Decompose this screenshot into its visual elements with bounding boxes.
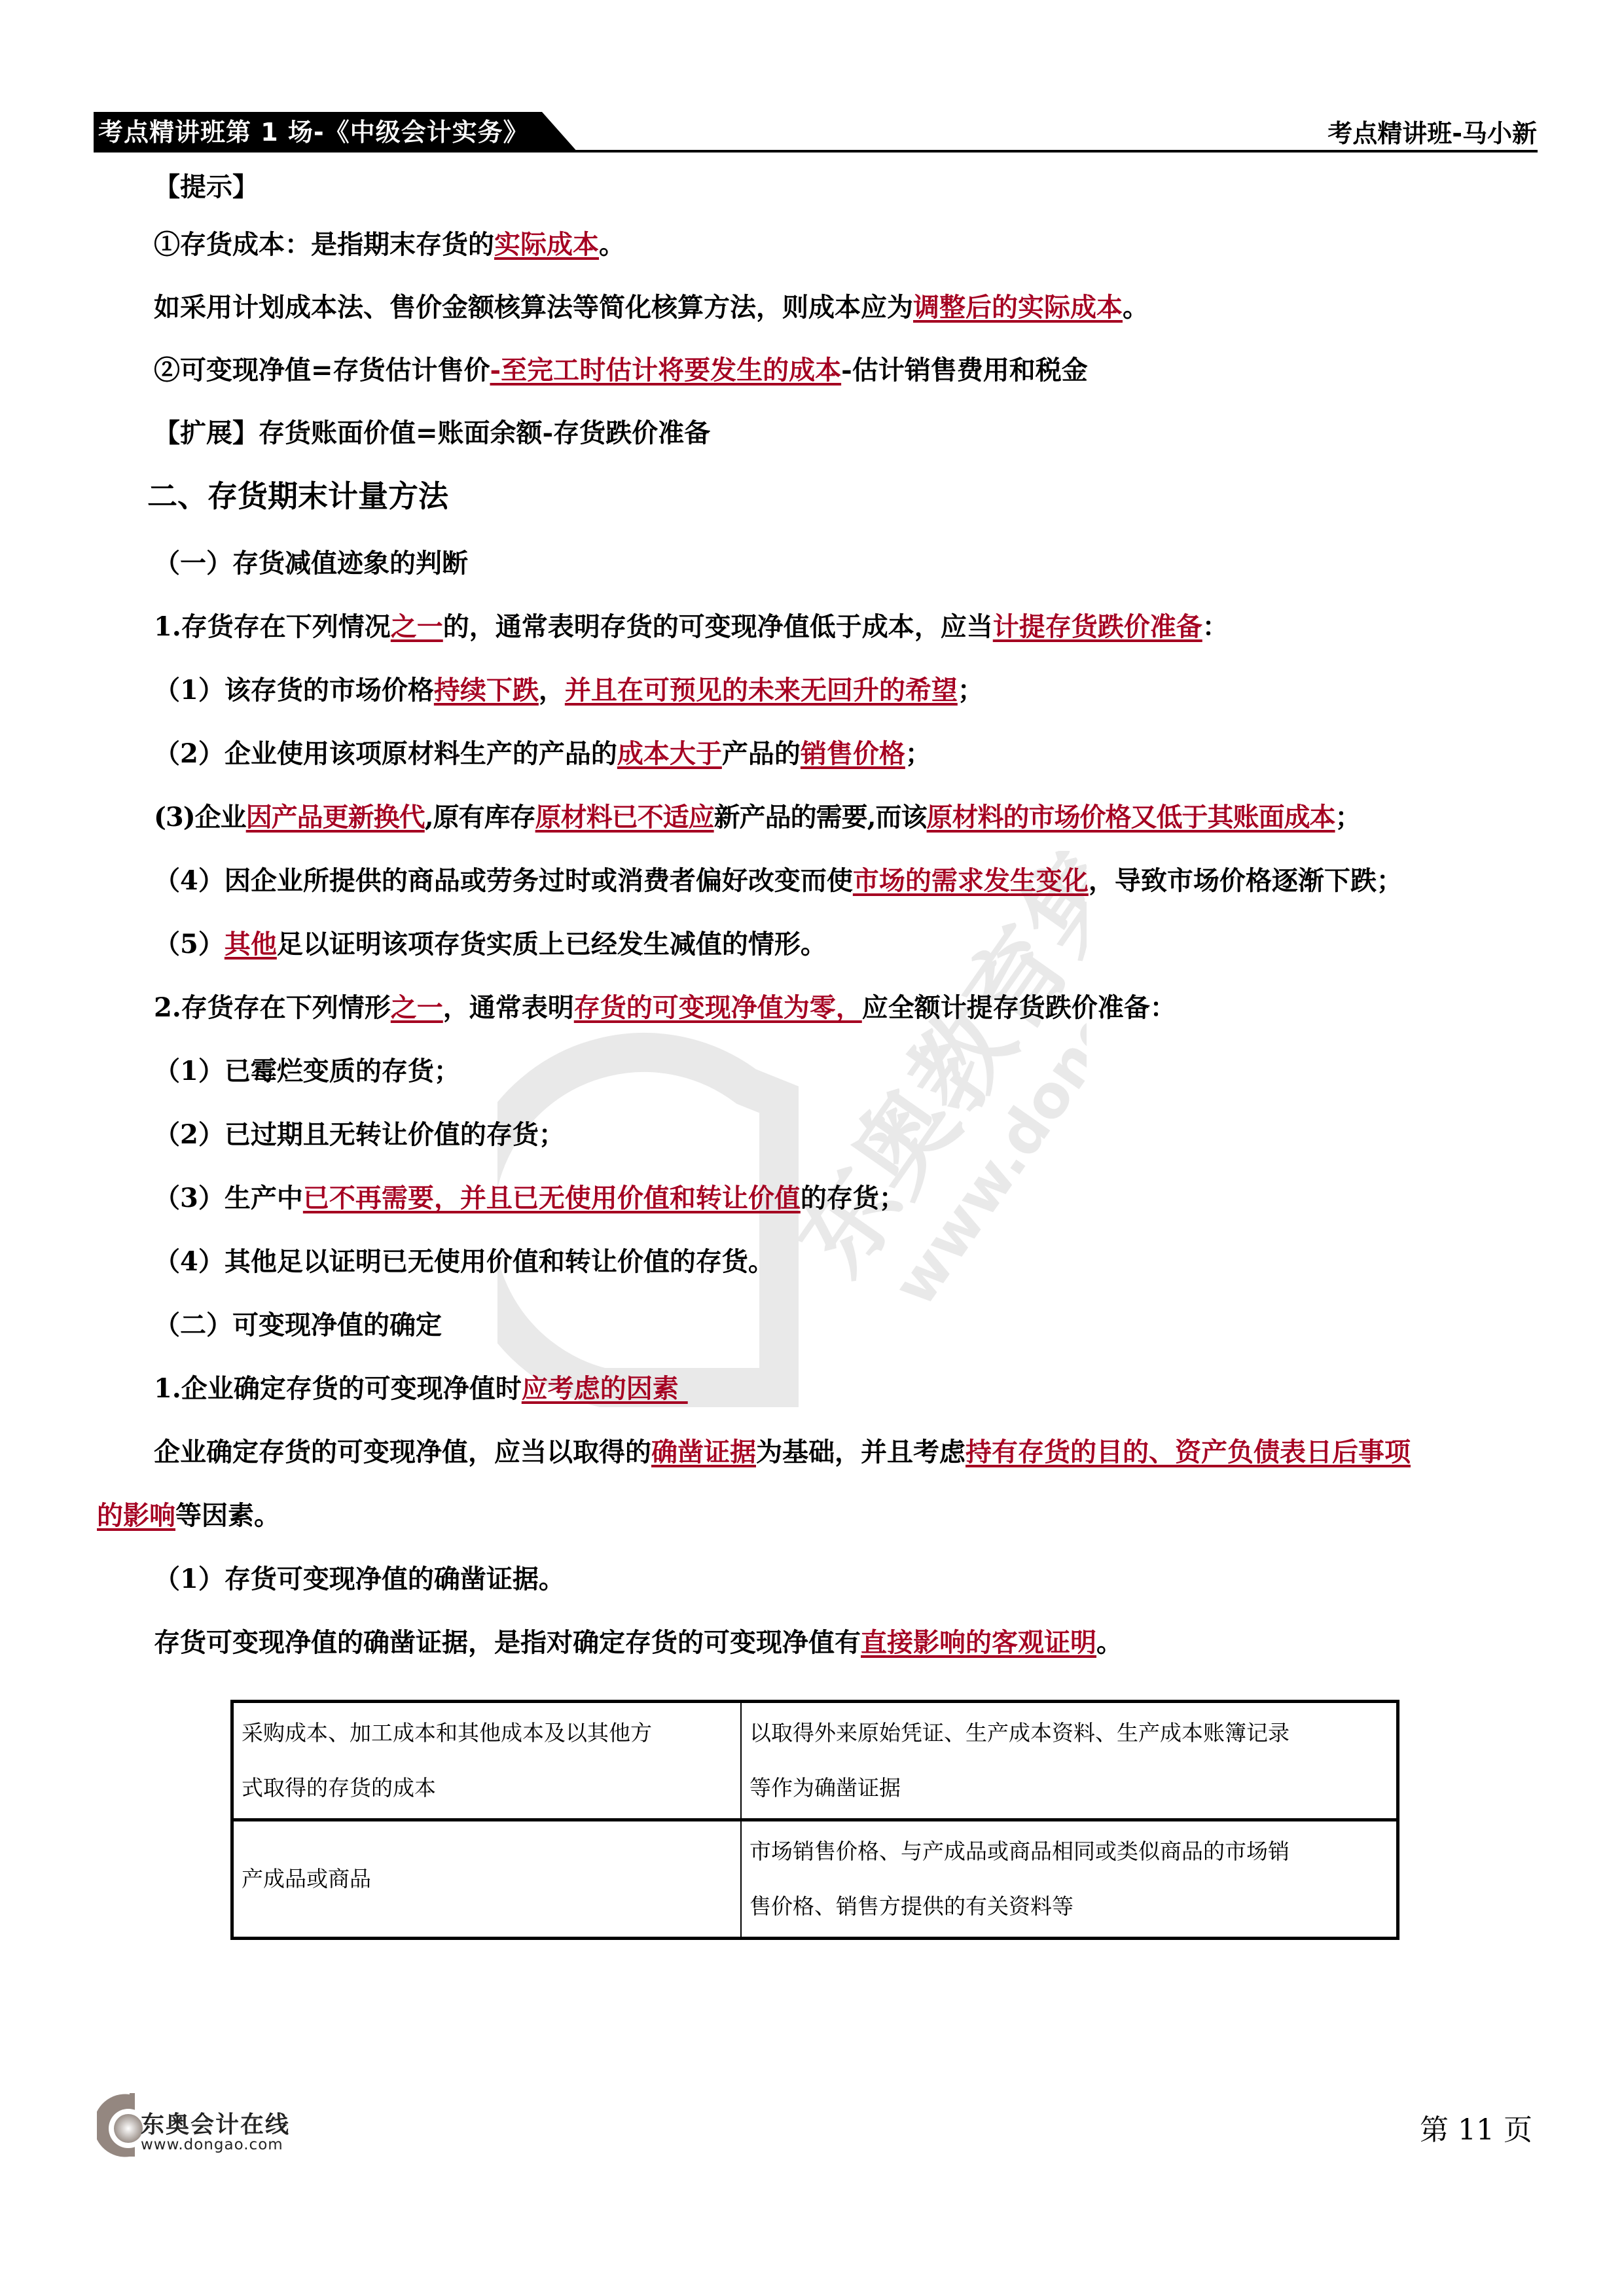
footer-url: www.dongao.com xyxy=(141,2136,283,2153)
list-item: （1）已霉烂变质的存货； xyxy=(154,1053,460,1090)
list-item: （5）其他足以证明该项存货实质上已经发生减值的情形。 xyxy=(154,926,827,963)
table-row: 采购成本、加工成本和其他成本及以其他方 式取得的存货的成本 以取得外来原始凭证、… xyxy=(232,1702,1398,1820)
list-item: （3）生产中已不再需要，并且已无使用价值和转让价值的存货； xyxy=(154,1180,905,1217)
list-item: （4）其他足以证明已无使用价值和转让价值的存货。 xyxy=(154,1244,774,1280)
page-number: 第 11 页 xyxy=(1420,2106,1532,2148)
highlight-completion-cost: -至完工时估计将要发生的成本 xyxy=(490,355,842,386)
highlight-adjusted-actual-cost: 调整后的实际成本 xyxy=(913,292,1123,323)
list-item: （2）已过期且无转让价值的存货； xyxy=(154,1117,565,1153)
paragraph-zero-nrv: 2.存货存在下列情形之一，通常表明存货的可变现净值为零，应全额计提存货跌价准备： xyxy=(154,990,1176,1026)
list-item: （1）该存货的市场价格持续下跌，并且在可预见的未来无回升的希望； xyxy=(154,672,984,709)
paragraph-factors: 1.企业确定存货的可变现净值时应考虑的因素 xyxy=(154,1371,688,1407)
table-row: 产成品或商品 市场销售价格、与产成品或商品相同或类似商品的市场销 售价格、销售方… xyxy=(232,1820,1398,1939)
list-item: (3)企业因产品更新换代,原有库存原材料已不适应新产品的需要,而该原材料的市场价… xyxy=(154,799,1361,836)
footer-brand: 东奥会计在线 xyxy=(141,2106,290,2140)
list-item: （2）企业使用该项原材料生产的产品的成本大于产品的销售价格； xyxy=(154,736,931,772)
table-cell: 以取得外来原始凭证、生产成本资料、生产成本账簿记录 等作为确凿证据 xyxy=(741,1702,1398,1820)
subsection-heading-nrv: （二）可变现净值的确定 xyxy=(154,1307,442,1344)
paragraph-impairment-conditions: 1.存货存在下列情况之一的，通常表明存货的可变现净值低于成本，应当计提存货跌价准… xyxy=(154,609,1229,645)
subsection-heading-impairment: （一）存货减值迹象的判断 xyxy=(154,545,468,582)
evidence-table: 采购成本、加工成本和其他成本及以其他方 式取得的存货的成本 以取得外来原始凭证、… xyxy=(230,1700,1399,1940)
header-lecturer: 考点精讲班-马小新 xyxy=(1327,117,1537,151)
highlight-actual-cost: 实际成本 xyxy=(494,229,599,260)
header-divider xyxy=(569,150,1538,152)
paragraph-evidence-basis-cont: 的影响等因素。 xyxy=(97,1498,280,1534)
paragraph-simplified-methods: 如采用计划成本法、售价金额核算法等简化核算方法，则成本应为调整后的实际成本。 xyxy=(154,289,1149,326)
table-cell: 产成品或商品 xyxy=(232,1820,742,1939)
table-cell: 市场销售价格、与产成品或商品相同或类似商品的市场销 售价格、销售方提供的有关资料… xyxy=(741,1820,1398,1939)
paragraph-inventory-cost: ①存货成本：是指期末存货的实际成本。 xyxy=(154,226,625,263)
paragraph-extension: 【扩展】存货账面价值=账面余额-存货跌价准备 xyxy=(154,415,710,452)
paragraph-evidence-basis: 企业确定存货的可变现净值，应当以取得的确凿证据为基础，并且考虑持有存货的目的、资… xyxy=(154,1434,1411,1471)
list-item: （1）存货可变现净值的确凿证据。 xyxy=(154,1561,565,1598)
paragraph-nrv-formula: ②可变现净值=存货估计售价-至完工时估计将要发生的成本-估计销售费用和税金 xyxy=(154,352,1088,389)
list-item: （4）因企业所提供的商品或劳务过时或消费者偏好改变而使市场的需求发生变化，导致市… xyxy=(154,863,1403,899)
table-cell: 采购成本、加工成本和其他成本及以其他方 式取得的存货的成本 xyxy=(232,1702,742,1820)
svg-text:东奥教育集团: 东奥教育集团 xyxy=(775,851,1087,1295)
header-course-title: 考点精讲班第 1 场-《中级会计实务》 xyxy=(98,115,529,149)
svg-text:www.dongao.com: www.dongao.com xyxy=(880,851,1087,1318)
tip-label: 【提示】 xyxy=(154,169,259,206)
section-heading: 二、存货期末计量方法 xyxy=(147,478,448,514)
paragraph-evidence-definition: 存货可变现净值的确凿证据，是指对确定存货的可变现净值有直接影响的客观证明。 xyxy=(154,1624,1123,1661)
